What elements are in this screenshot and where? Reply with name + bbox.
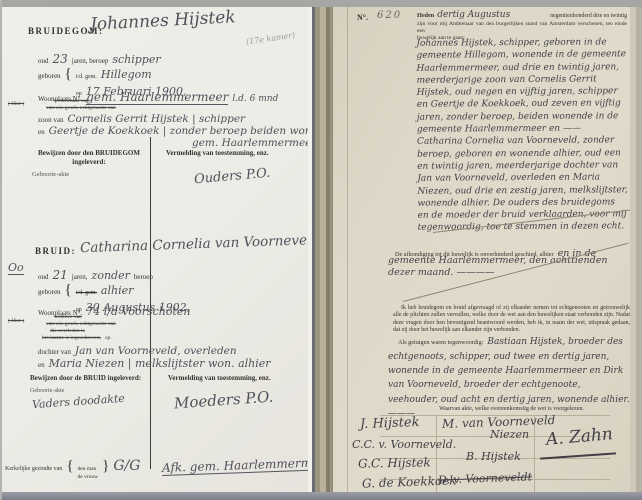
bride-age-label: oud (38, 274, 49, 281)
bride-and-label: en (38, 362, 45, 369)
groom-consent-title: Vermelding van toestemming, enz. (166, 150, 269, 157)
closing-line: Waarvan akte, welke overeenkomstig de we… (393, 406, 630, 412)
bride-daughter-label: dochter van (38, 349, 71, 356)
witnesses-label: Als getuigen waren tegenwoordig: (398, 339, 483, 346)
signature-witness-2: D. v. Voorneveldt (438, 471, 532, 485)
brace-glyph: { (66, 459, 73, 474)
groom-divorced-line: van wie gesch. echtgenoote van (46, 106, 116, 112)
bride-age-label2: jaren, (72, 274, 88, 281)
signature-groom: J. Hijstek (360, 416, 420, 431)
groom-evidence-item: Geboorte-akte (32, 172, 69, 179)
scan-background-bottom (0, 492, 642, 500)
groom-born-place: Hillegom (101, 67, 152, 84)
header-line2: zijn voor mij Ambtenaar van den burgerli… (417, 21, 627, 35)
bride-occupation-label: beroep (134, 274, 153, 281)
header-pre: Heden (417, 13, 434, 19)
scan-background-top (0, 0, 642, 7)
brace-glyph: { (65, 283, 72, 298)
header-date-handwritten: dertig Augustus (437, 11, 547, 20)
bride-registered-on: op (105, 336, 111, 342)
signature-bride-mother-maiden: Niezen (490, 429, 529, 440)
groom-father-value: Cornelis Gerrit Hijstek | schipper (67, 114, 245, 125)
next-page-edge (636, 3, 642, 495)
bride-section-label: BRUID: (35, 247, 76, 256)
church-value: G/G (113, 459, 140, 473)
groom-residence-value: gem. Haarlemmermeer (86, 91, 228, 105)
page-fold-line (347, 3, 348, 495)
bride-father-value: Jan van Voorneveld, overleden (75, 346, 237, 357)
groom-evidence-title2: ingeleverd: (30, 159, 148, 166)
signature-block: J. Hijstek C.C. v. Voorneveld. G.C. Hijs… (350, 415, 630, 493)
bride-registered-line: het laatste is ingeschreven, (42, 336, 101, 342)
hier-note-bride: ( Hier ) (8, 319, 24, 325)
header-year: negentienhonderd drie en twintig (550, 14, 627, 20)
bride-deceased-line: die overleden is (50, 329, 85, 335)
groom-and-label: en (38, 129, 45, 136)
groom-occupation-value: schipper (112, 54, 160, 65)
bride-mother-value: Maria Niezen | melkslijtster won. alhier (49, 358, 271, 369)
right-act-page: N°. 620 Heden dertig Augustus negentienh… (333, 3, 630, 495)
bride-age-value: 21 (53, 269, 68, 281)
groom-age-label2: jaren, beroep (72, 58, 109, 65)
bride-consent-value: Moeders P.O. (174, 390, 274, 412)
groom-age-value: 23 (53, 53, 68, 65)
groom-age-label: oud (38, 58, 49, 65)
signature-witness-1: B. Hijstek (466, 451, 521, 462)
signature-bride: C.C. v. Voorneveld. (352, 439, 456, 450)
bride-occupation-value: zonder (92, 270, 130, 281)
district-note: Afk. gem. Haarlemmermeer (162, 456, 332, 476)
act-body-handwritten: Johannes Hijstek, schipper, geboren in d… (416, 36, 628, 234)
bride-evidence-value: Vaders doodakte (32, 393, 125, 410)
signature-registrar: A. Zahn (545, 426, 613, 449)
bride-evidence-item: Geboorte-akte (30, 388, 64, 394)
groom-mother-cont: gem. Haarlemmermeer (192, 138, 316, 149)
announcement-hw3: dezer maand. ———— (388, 268, 494, 278)
bride-born-label: geboren (38, 289, 61, 296)
groom-son-label: zoon van (38, 117, 63, 124)
groom-born-label: geboren (38, 73, 61, 80)
groom-name-handwritten: Johannes Hijstek (90, 9, 236, 34)
act-number-label: N°. (357, 14, 368, 22)
signature-groom-father: G.C. Hijstek (358, 456, 431, 469)
brace-glyph: } (102, 459, 109, 474)
bride-residence-value: 74 l/d Voorschoten (86, 306, 190, 317)
scanned-marriage-record: BRUIDEGOM: Johannes Hijstek (17e kamer) … (0, 0, 642, 500)
bride-consent-title: Vermelding van toestemming, enz. (168, 375, 271, 382)
left-registry-page: BRUIDEGOM: Johannes Hijstek (17e kamer) … (2, 7, 308, 493)
groom-consent-value: Ouders P.O. (194, 167, 271, 187)
scan-background-left (0, 0, 2, 500)
bride-widow-line: weduwe van (54, 315, 82, 321)
church-label: Kerkelijke gezindte van (5, 466, 62, 472)
bride-born-place-label: i/d. gem. (76, 289, 97, 298)
bride-divorced-line: van wie gesch. echtgenoote van (46, 322, 116, 328)
groom-residence-note: l.d. 6 mnd (232, 95, 278, 104)
church-man-label: den man (78, 465, 99, 473)
bride-margin-mark: Oo (8, 262, 24, 275)
brace-glyph: { (65, 67, 72, 82)
vows-paragraph: Ik heb bruidegom en bruid afgevraagd of … (393, 305, 630, 334)
groom-mother-value: Geertje de Koekkoek | zonder beroep beid… (49, 126, 345, 137)
church-woman-label: de vrouw (78, 473, 99, 481)
bride-name-handwritten: Catharina Cornelia van Voorneveld, (80, 234, 325, 256)
corner-annotation: (17e kamer) (246, 32, 296, 47)
bride-evidence-title: Bewijzen door de BRUID ingeleverd: (30, 375, 141, 382)
bride-born-place: alhier (101, 283, 133, 300)
groom-widower-line: weduwnaar van (54, 99, 89, 105)
hier-note-groom: ( Hier ) (8, 102, 24, 108)
groom-evidence-title: Bewijzen door den BRUIDEGOM (30, 150, 148, 157)
act-number-value: 620 (377, 11, 402, 21)
groom-born-place-label: i/d. gem. (76, 73, 97, 82)
